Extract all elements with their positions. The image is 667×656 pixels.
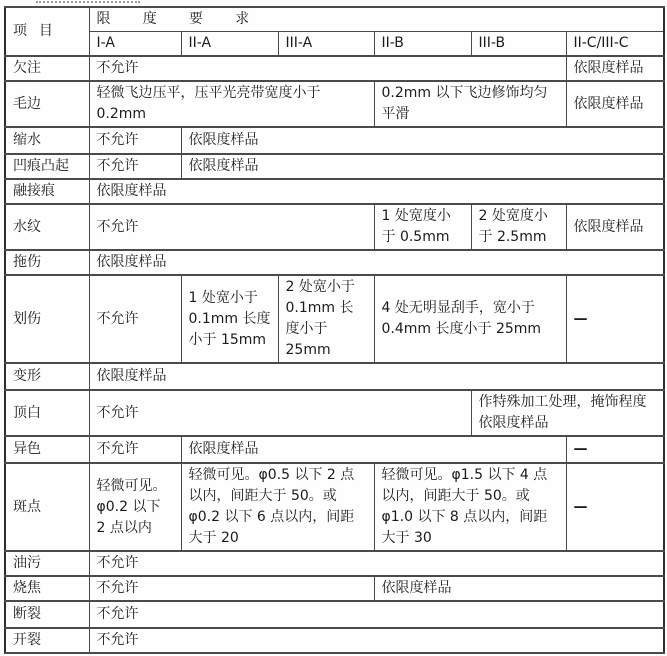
header-item-cell: 项目 <box>5 7 89 56</box>
item-cell: 变形 <box>5 363 89 390</box>
table-row: 烧焦 不允许 依限度样品 <box>5 576 664 601</box>
value-cell: 依限度样品 <box>89 363 664 390</box>
value-cell: 依限度样品 <box>374 576 664 601</box>
value-cell: 不允许 <box>89 601 664 628</box>
item-cell: 顶白 <box>5 390 89 436</box>
header-grade-I-A: I-A <box>89 32 181 57</box>
header-grade-II-C-III-C: II-C/III-C <box>566 32 664 57</box>
item-cell: 开裂 <box>5 628 89 653</box>
value-cell: 2 处宽小于 0.1mm 长度小于 25mm <box>278 275 374 363</box>
value-cell: 0.2mm 以下飞边修饰均匀平滑 <box>374 81 566 127</box>
value-cell: 1 处宽小于 0.1mm 长度小于 15mm <box>181 275 278 363</box>
value-cell: 依限度样品 <box>566 204 664 250</box>
value-cell: 不允许 <box>89 127 181 154</box>
value-cell: 作特殊加工处理，掩饰程度依限度样品 <box>471 390 664 436</box>
item-cell: 异色 <box>5 436 89 463</box>
document-page: 项目 限度要求 I-A II-A III-A II-B III-B II-C/I… <box>0 0 667 656</box>
table-row: 融接痕 依限度样品 <box>5 179 664 204</box>
table-row: 划伤 不允许 1 处宽小于 0.1mm 长度小于 15mm 2 处宽小于 0.1… <box>5 275 664 363</box>
table-row: 斑点 轻微可见。φ0.2 以下 2 点以内 轻微可见。φ0.5 以下 2 点以内… <box>5 463 664 551</box>
table-row: 欠注 不允许 依限度样品 <box>5 56 664 81</box>
value-cell: — <box>566 463 664 551</box>
value-cell: 依限度样品 <box>566 81 664 127</box>
item-cell: 欠注 <box>5 56 89 81</box>
table-row: 水纹 不允许 1 处宽度小于 0.5mm 2 处宽度小于 2.5mm 依限度样品 <box>5 204 664 250</box>
header-grade-III-A: III-A <box>278 32 374 57</box>
header-item-label: 项目 <box>13 23 65 39</box>
table-row: 缩水 不允许 依限度样品 <box>5 127 664 154</box>
value-cell: 不允许 <box>89 204 374 250</box>
value-cell: 依限度样品 <box>89 179 664 204</box>
value-cell: 依限度样品 <box>566 56 664 81</box>
item-cell: 划伤 <box>5 275 89 363</box>
table-row: 顶白 不允许 作特殊加工处理，掩饰程度依限度样品 <box>5 390 664 436</box>
header-row-grades: I-A II-A III-A II-B III-B II-C/III-C <box>5 32 664 57</box>
item-cell: 融接痕 <box>5 179 89 204</box>
value-cell: 轻微可见。φ0.5 以下 2 点以内，间距大于 50。或 φ0.2 以下 6 点… <box>181 463 374 551</box>
value-cell: 不允许 <box>89 56 566 81</box>
table-row: 毛边 轻微飞边压平，压平光亮带宽度小于 0.2mm 0.2mm 以下飞边修饰均匀… <box>5 81 664 127</box>
item-cell: 毛边 <box>5 81 89 127</box>
value-cell: 依限度样品 <box>181 436 566 463</box>
value-cell: 轻微可见。φ0.2 以下 2 点以内 <box>89 463 181 551</box>
item-cell: 油污 <box>5 551 89 576</box>
value-cell: 依限度样品 <box>181 127 664 154</box>
table-row: 断裂 不允许 <box>5 601 664 628</box>
table-row: 开裂 不允许 <box>5 628 664 653</box>
value-cell: — <box>566 275 664 363</box>
header-row-limit: 项目 限度要求 <box>5 7 664 32</box>
item-cell: 拖伤 <box>5 250 89 275</box>
item-cell: 水纹 <box>5 204 89 250</box>
limits-table: 项目 限度要求 I-A II-A III-A II-B III-B II-C/I… <box>4 6 665 654</box>
header-grade-II-B: II-B <box>374 32 471 57</box>
header-limit-cell: 限度要求 <box>89 7 664 32</box>
value-cell: 不允许 <box>89 576 374 601</box>
value-cell: 轻微飞边压平，压平光亮带宽度小于 0.2mm <box>89 81 374 127</box>
value-cell: 不允许 <box>89 551 664 576</box>
value-cell: 不允许 <box>89 628 664 653</box>
table-row: 拖伤 依限度样品 <box>5 250 664 275</box>
table-row: 凹痕凸起 不允许 依限度样品 <box>5 154 664 179</box>
value-cell: 轻微可见。φ1.5 以下 4 点以内，间距大于 50。或 φ1.0 以下 8 点… <box>374 463 566 551</box>
item-cell: 烧焦 <box>5 576 89 601</box>
item-cell: 斑点 <box>5 463 89 551</box>
table-row: 异色 不允许 依限度样品 — <box>5 436 664 463</box>
item-cell: 凹痕凸起 <box>5 154 89 179</box>
item-cell: 缩水 <box>5 127 89 154</box>
value-cell: 依限度样品 <box>181 154 664 179</box>
header-grade-III-B: III-B <box>471 32 566 57</box>
item-cell: 断裂 <box>5 601 89 628</box>
scan-artifact <box>36 1 140 3</box>
value-cell: 不允许 <box>89 390 471 436</box>
value-cell: 不允许 <box>89 275 181 363</box>
header-limit-label: 限度要求 <box>97 11 282 27</box>
value-cell: 依限度样品 <box>89 250 664 275</box>
value-cell: 不允许 <box>89 154 181 179</box>
value-cell: 不允许 <box>89 436 181 463</box>
table-row: 变形 依限度样品 <box>5 363 664 390</box>
value-cell: 1 处宽度小于 0.5mm <box>374 204 471 250</box>
header-grade-II-A: II-A <box>181 32 278 57</box>
value-cell: 4 处无明显刮手，宽小于 0.4mm 长度小于 25mm <box>374 275 566 363</box>
table-row: 油污 不允许 <box>5 551 664 576</box>
value-cell: — <box>566 436 664 463</box>
value-cell: 2 处宽度小于 2.5mm <box>471 204 566 250</box>
